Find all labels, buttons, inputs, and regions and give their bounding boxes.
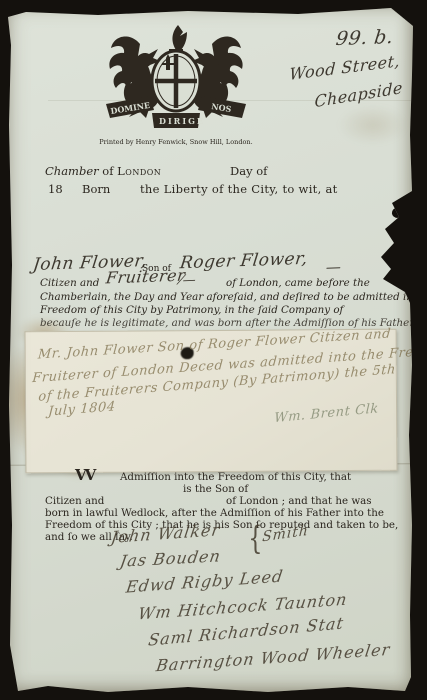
attestation-initial: VV [75,466,94,484]
shield [152,51,200,111]
grant-line2: Chamberlain, the Day and Year aforeſaid,… [40,291,427,303]
grant-line1-rest: of London, came before the [226,277,370,289]
city-of-london-coat-of-arms: DOMINE DIRIGE NOS [96,20,256,138]
witness-signature: Jas Bouden [119,546,223,570]
reference-number-annotation: 99. b. [335,26,395,50]
city-word: London [117,164,161,178]
attestation-line2: is the Son of [183,483,248,495]
attestation-of-london: of London ; and that he was [226,495,372,507]
chamber-word: Chamber [45,164,99,178]
day-of-label: Day of [230,164,267,178]
stain-blot [338,105,408,145]
chamber-line: Chamber of London [45,164,161,178]
citizen-and-label: Citizen and [40,277,99,289]
paper-hole [391,207,405,220]
father-name: Roger Flower, [179,249,309,274]
document-paper: DOMINE DIRIGE NOS Printed by Henry Fenwi… [8,5,416,694]
born-label: Born [82,182,110,196]
attestation-line1: Admiſſion into the Freedom of this City,… [120,471,351,483]
motto-word-center: DIRIGE [159,116,205,126]
street-annotation: Wood Street, [289,51,401,84]
attestation-line5: Freedom of this City ; that he is his So… [45,519,398,531]
pasted-company-note: Mr. John Flower Son of Roger Flower Citi… [25,329,398,474]
grant-line3: Freedom of this City by Patrimony, in th… [40,304,343,316]
clerk-signature: Wm. Brent Clk [274,401,379,426]
signature-brace: { [248,519,263,557]
year-prefix: 18 [48,182,63,196]
witness-signature: Edwd Rigby Leed [125,566,285,596]
occupation-flourish: ⁄— [179,273,197,289]
of-word: of [102,164,113,178]
liberty-line: the Liberty of the City, to wit, at [140,182,338,196]
flourish-dash: — [325,258,343,277]
attestation-citizen-and: Citizen and [45,495,104,507]
occupation-entry: Fruiterer [105,266,187,288]
attestation-line4: born in lawful Wedlock, after the Admiſſ… [45,507,384,519]
printer-imprint: Printed by Henry Fenwick, Snow Hill, Lon… [66,138,286,146]
